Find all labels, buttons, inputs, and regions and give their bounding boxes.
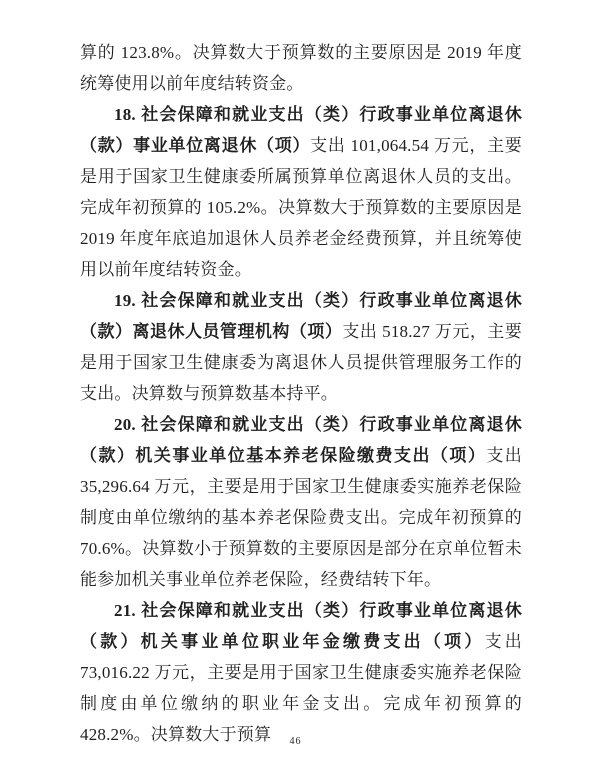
paragraph-text-segment: 支出 101,064.54 万元，主要是用于国家卫生健康委所属预算单位离退休人员… (80, 136, 522, 279)
paragraph-text-segment: 支出 35,296.64 万元，主要是用于国家卫生健康委实施养老保险制度由单位缴… (80, 446, 522, 589)
page-number: 46 (0, 735, 591, 749)
paragraph-heading-segment: 20. 社会保障和就业支出（类）行政事业单位离退休（款）机关事业单位基本养老保险… (80, 415, 522, 465)
paragraph-2: 18. 社会保障和就业支出（类）行政事业单位离退休（款）事业单位离退休（项）支出… (80, 99, 522, 285)
paragraph-text-segment: 算的 123.8%。决算数大于预算数的主要原因是 2019 年度统筹使用以前年度… (80, 43, 522, 93)
paragraph-1: 算的 123.8%。决算数大于预算数的主要原因是 2019 年度统筹使用以前年度… (80, 37, 522, 99)
paragraph-4: 20. 社会保障和就业支出（类）行政事业单位离退休（款）机关事业单位基本养老保险… (80, 409, 522, 595)
paragraph-heading-segment: 21. 社会保障和就业支出（类）行政事业单位离退休（款）机关事业单位职业年金缴费… (80, 601, 522, 651)
document-page: 算的 123.8%。决算数大于预算数的主要原因是 2019 年度统筹使用以前年度… (0, 0, 591, 765)
paragraph-3: 19. 社会保障和就业支出（类）行政事业单位离退休（款）离退休人员管理机构（项）… (80, 285, 522, 409)
paragraph-5: 21. 社会保障和就业支出（类）行政事业单位离退休（款）机关事业单位职业年金缴费… (80, 595, 522, 750)
document-body: 算的 123.8%。决算数大于预算数的主要原因是 2019 年度统筹使用以前年度… (80, 37, 522, 750)
